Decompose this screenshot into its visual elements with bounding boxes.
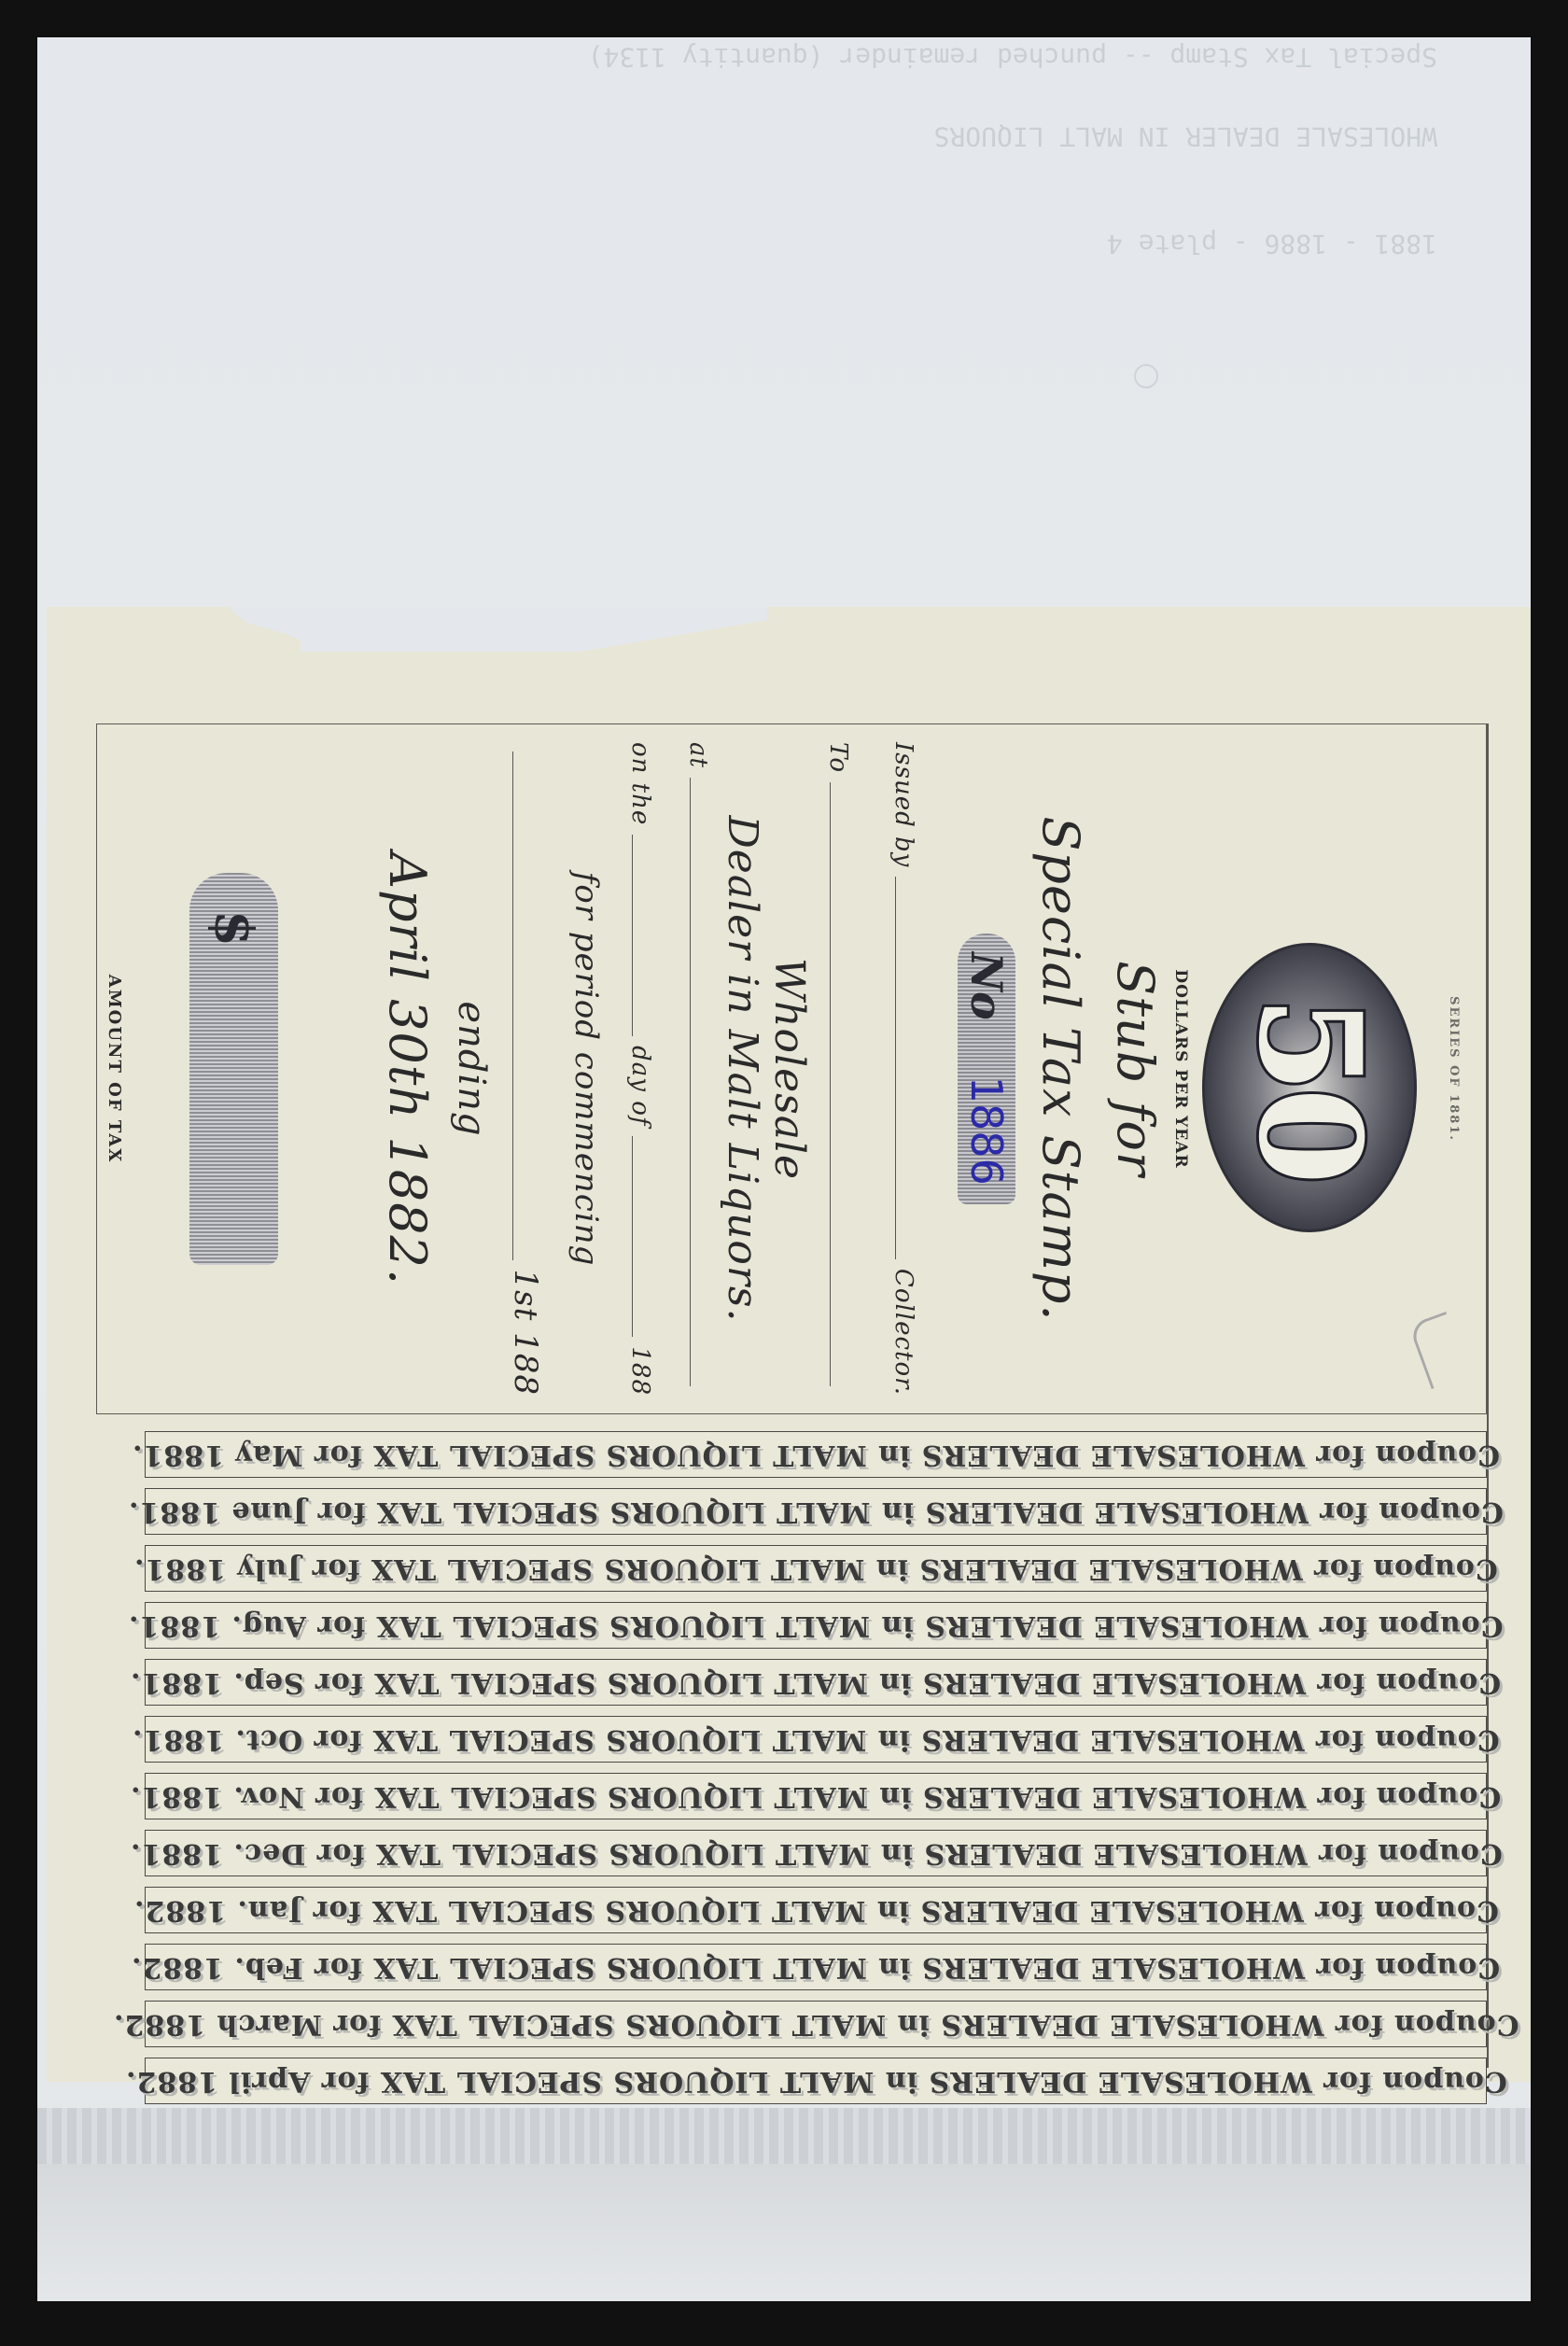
on-the-label: on the: [626, 742, 654, 825]
at-line: at: [684, 723, 712, 1414]
denomination: 50: [1239, 996, 1379, 1180]
coupon-list: Coupon for WHOLESALE DEALERS in MALT LIQ…: [145, 1431, 1487, 2114]
coupon: Coupon for WHOLESALE DEALERS in MALT LIQ…: [145, 1887, 1487, 1933]
torn-edge: [301, 607, 767, 652]
coupon: Coupon for WHOLESALE DEALERS in MALT LIQ…: [145, 1830, 1487, 1876]
blank-line: [830, 782, 832, 1386]
denomination-oval: 50: [1202, 943, 1417, 1232]
tax-stamp-sheet: SERIES OF 1881. 50 DOLLARS PER YEAR Stub…: [47, 607, 1531, 2082]
coupon-text: Coupon for WHOLESALE DEALERS in MALT LIQ…: [132, 1439, 1500, 1471]
day-of-label: day of: [626, 1046, 654, 1126]
coupon-text: Coupon for WHOLESALE DEALERS in MALT LIQ…: [113, 2008, 1519, 2041]
blank-line: [632, 835, 634, 1036]
amount-ribbon: $: [189, 873, 278, 1265]
album-sleeve: [37, 2164, 1531, 2299]
showthrough-line-3: 1881 - 1886 - plate 4: [840, 229, 1437, 260]
year-prefix: 188: [626, 1346, 654, 1396]
dollar-sign-icon: $: [203, 910, 265, 947]
ending-label: ending: [450, 723, 493, 1414]
coupon-text: Coupon for WHOLESALE DEALERS in MALT LIQ…: [128, 1496, 1504, 1528]
coupon-text: Coupon for WHOLESALE DEALERS in MALT LIQ…: [133, 1894, 1499, 1927]
showthrough-circle-icon: [1134, 364, 1158, 388]
business-line-2: Dealer in Malt Liquors.: [719, 723, 766, 1414]
coupon: Coupon for WHOLESALE DEALERS in MALT LIQ…: [145, 1488, 1487, 1535]
number-prefix: No: [961, 952, 1012, 1020]
coupon: Coupon for WHOLESALE DEALERS in MALT LIQ…: [145, 1431, 1487, 1478]
business-line-1: Wholesale: [765, 723, 813, 1414]
serial-number: 1886: [961, 1076, 1012, 1186]
torn-edge: [229, 607, 313, 646]
coupon: Coupon for WHOLESALE DEALERS in MALT LIQ…: [145, 1545, 1487, 1592]
issued-by-line: Issued by Collector.: [889, 723, 917, 1414]
issued-by-label: Issued by: [889, 742, 917, 867]
coupon: Coupon for WHOLESALE DEALERS in MALT LIQ…: [145, 2001, 1487, 2047]
coupon: Coupon for WHOLESALE DEALERS in MALT LIQ…: [145, 1659, 1487, 1706]
date-line: on the day of 188: [626, 723, 654, 1414]
coupon: Coupon for WHOLESALE DEALERS in MALT LIQ…: [145, 1944, 1487, 1990]
coupon: Coupon for WHOLESALE DEALERS in MALT LIQ…: [145, 1602, 1487, 1649]
stub: SERIES OF 1881. 50 DOLLARS PER YEAR Stub…: [96, 723, 1487, 1414]
coupon-text: Coupon for WHOLESALE DEALERS in MALT LIQ…: [132, 1723, 1500, 1756]
coupon: Coupon for WHOLESALE DEALERS in MALT LIQ…: [145, 1773, 1487, 1819]
coupon-text: Coupon for WHOLESALE DEALERS in MALT LIQ…: [130, 1666, 1501, 1699]
coupon-text: Coupon for WHOLESALE DEALERS in MALT LIQ…: [133, 1552, 1498, 1585]
series-label: SERIES OF 1881.: [1447, 723, 1461, 1414]
blank-line: [632, 1136, 634, 1338]
period-label: for period commencing: [567, 723, 605, 1414]
coupon-text: Coupon for WHOLESALE DEALERS in MALT LIQ…: [130, 1780, 1501, 1813]
blank-line: [895, 877, 897, 1259]
dollars-per-year: DOLLARS PER YEAR: [1171, 723, 1190, 1414]
stub-title-1: Stub for: [1106, 723, 1165, 1414]
coupon-text: Coupon for WHOLESALE DEALERS in MALT LIQ…: [130, 1837, 1503, 1870]
to-label: To: [824, 742, 852, 773]
to-line: To: [824, 723, 852, 1414]
coupon-text: Coupon for WHOLESALE DEALERS in MALT LIQ…: [125, 2065, 1507, 2098]
commencing-line: 1st 188: [507, 723, 544, 1414]
number-ribbon: No 1886: [958, 934, 1015, 1204]
coupon: Coupon for WHOLESALE DEALERS in MALT LIQ…: [145, 1716, 1487, 1763]
blank-line: [690, 778, 692, 1386]
first-label: 1st 188: [507, 1270, 544, 1396]
at-label: at: [684, 742, 712, 768]
blank-line: [512, 752, 514, 1260]
coupon-text: Coupon for WHOLESALE DEALERS in MALT LIQ…: [128, 1609, 1503, 1642]
amount-of-tax-label: AMOUNT OF TAX: [105, 723, 124, 1414]
showthrough-line-2: WHOLESALE DEALER IN MALT LIQUORS: [747, 121, 1437, 152]
showthrough-line-1: Special Tax Stamp -- punched remainder (…: [187, 42, 1437, 73]
coupon-text: Coupon for WHOLESALE DEALERS in MALT LIQ…: [131, 1951, 1500, 1984]
stub-title-2: Special Tax Stamp.: [1031, 723, 1090, 1414]
collector-label: Collector.: [889, 1269, 917, 1396]
end-date: April 30th 1882.: [378, 723, 437, 1414]
album-sleeve-edge: [37, 2108, 1531, 2164]
coupon: Coupon for WHOLESALE DEALERS in MALT LIQ…: [145, 2058, 1487, 2104]
